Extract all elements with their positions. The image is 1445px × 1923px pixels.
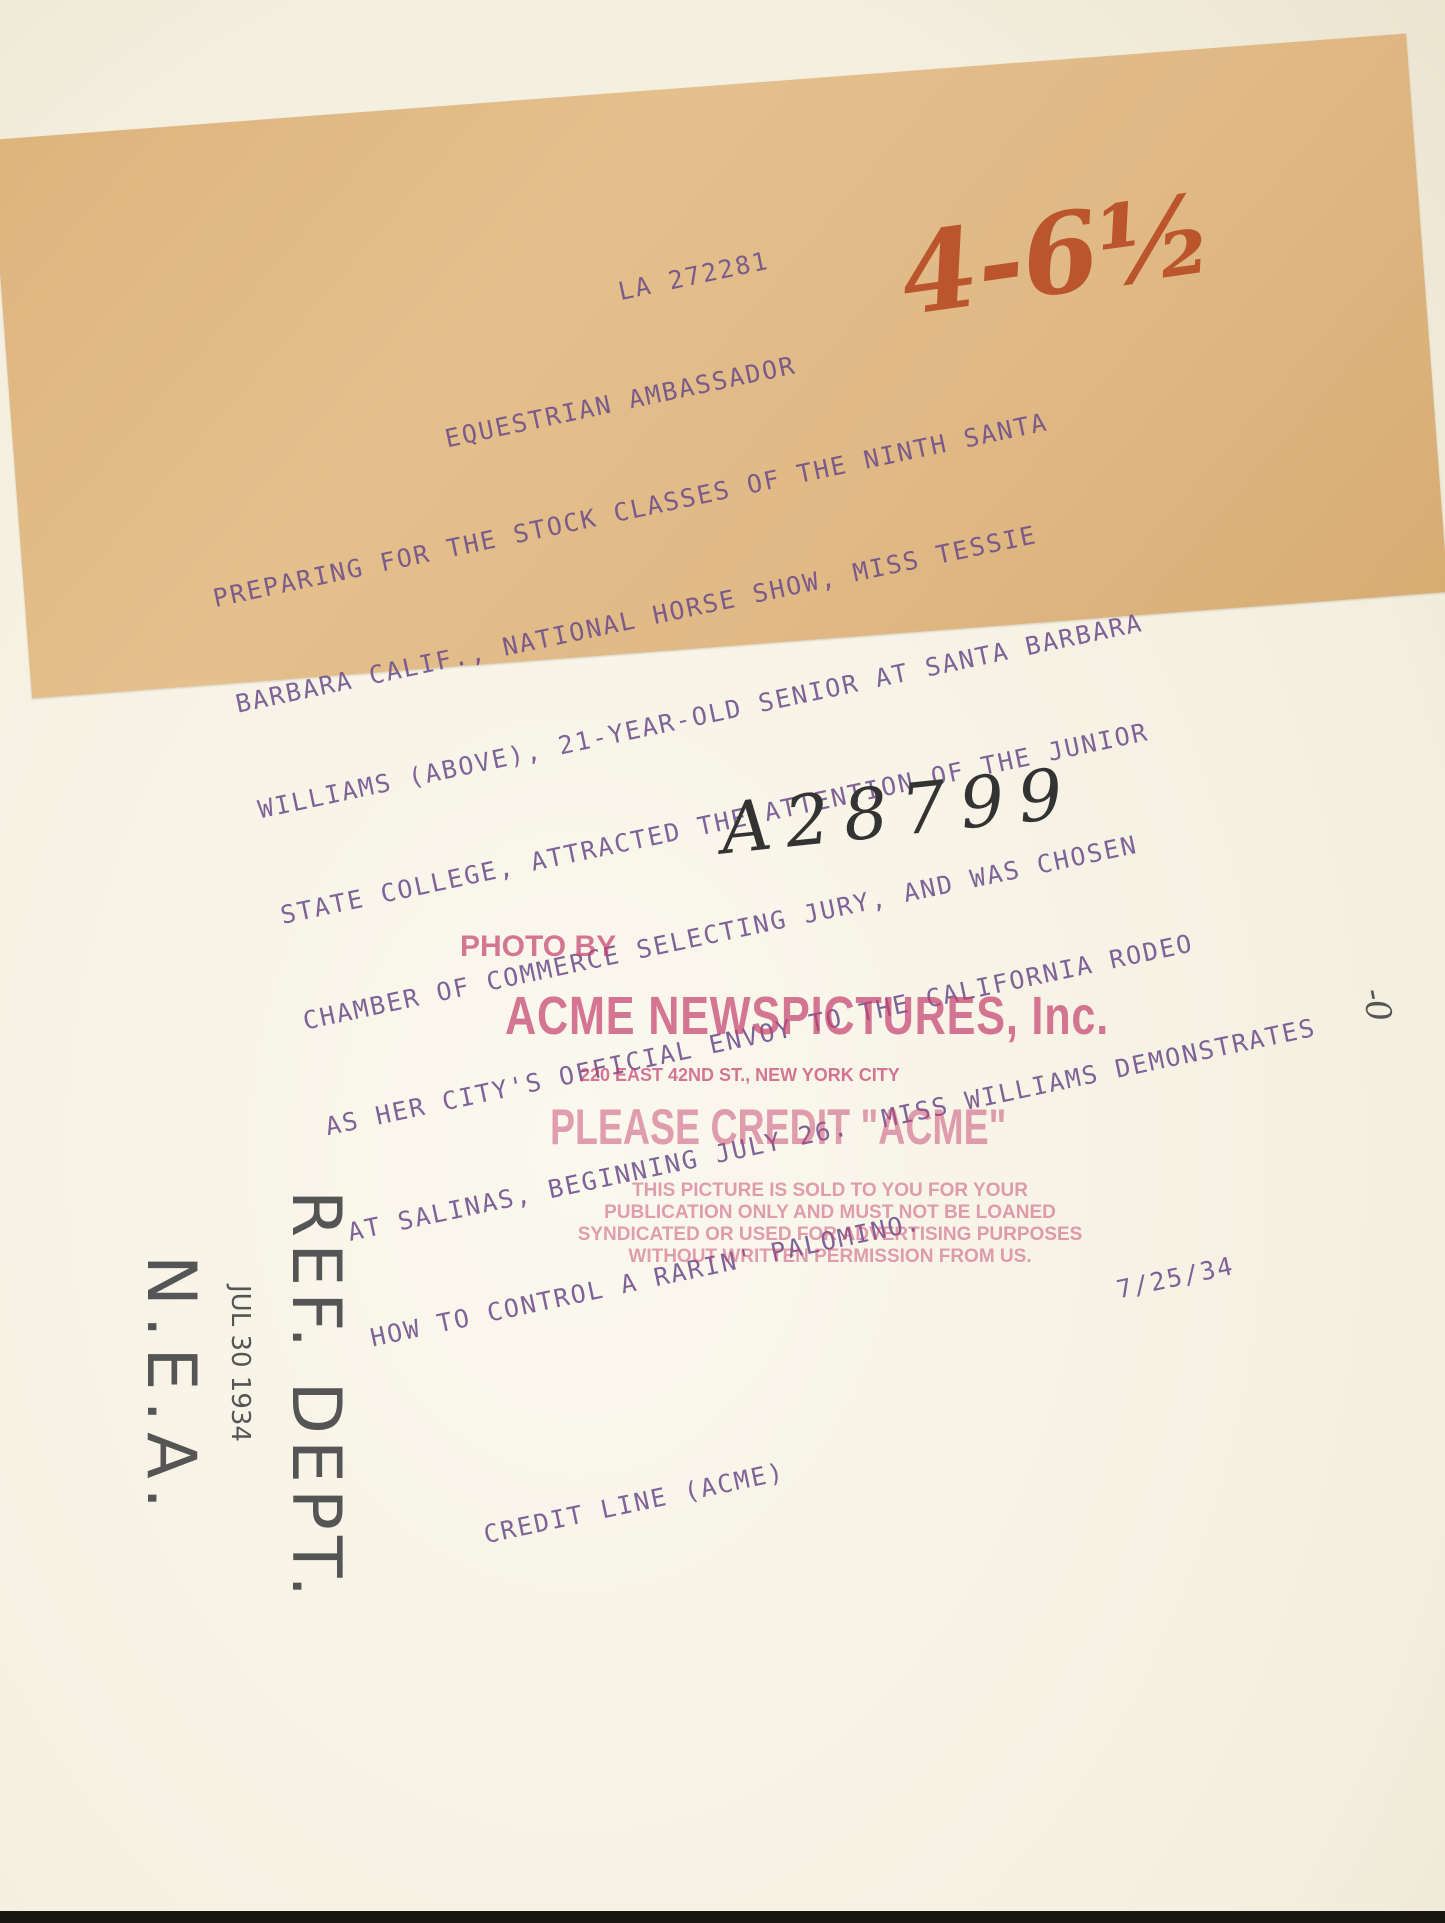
stamp-terms: THIS PICTURE IS SOLD TO YOU FOR YOUR PUB… bbox=[490, 1180, 1170, 1268]
pencil-margin-mark: -0 bbox=[1354, 985, 1399, 1025]
photo-edge bbox=[0, 1911, 1445, 1923]
ref-dept-stamp: REF. DEPT. JUL 30 1934 N.E.A. bbox=[276, 1190, 355, 1603]
stamp-credit: PLEASE CREDIT "ACME" bbox=[550, 1098, 1006, 1156]
terms-line: WITHOUT WRITTEN PERMISSION FROM US. bbox=[490, 1246, 1170, 1268]
terms-line: THIS PICTURE IS SOLD TO YOU FOR YOUR bbox=[490, 1180, 1170, 1202]
stamp-address: 220 EAST 42ND ST., NEW YORK CITY bbox=[580, 1065, 900, 1086]
stamp-agency: ACME NEWSPICTURES, Inc. bbox=[505, 985, 1109, 1047]
ref-org: N.E.A. bbox=[131, 1255, 210, 1519]
caption-line: BARBARA CALIF., NATIONAL HORSE SHOW, MIS… bbox=[232, 482, 1207, 723]
terms-line: SYNDICATED OR USED FOR ADVERTISING PURPO… bbox=[490, 1224, 1170, 1246]
terms-line: PUBLICATION ONLY AND MUST NOT BE LOANED bbox=[490, 1202, 1170, 1224]
stamp-photo-by: PHOTO BY bbox=[460, 930, 616, 964]
ref-dept: REF. DEPT. bbox=[276, 1190, 355, 1603]
caption-line: PREPARING FOR THE STOCK CLASSES OF THE N… bbox=[210, 376, 1185, 617]
ref-date: JUL 30 1934 bbox=[225, 1285, 255, 1442]
